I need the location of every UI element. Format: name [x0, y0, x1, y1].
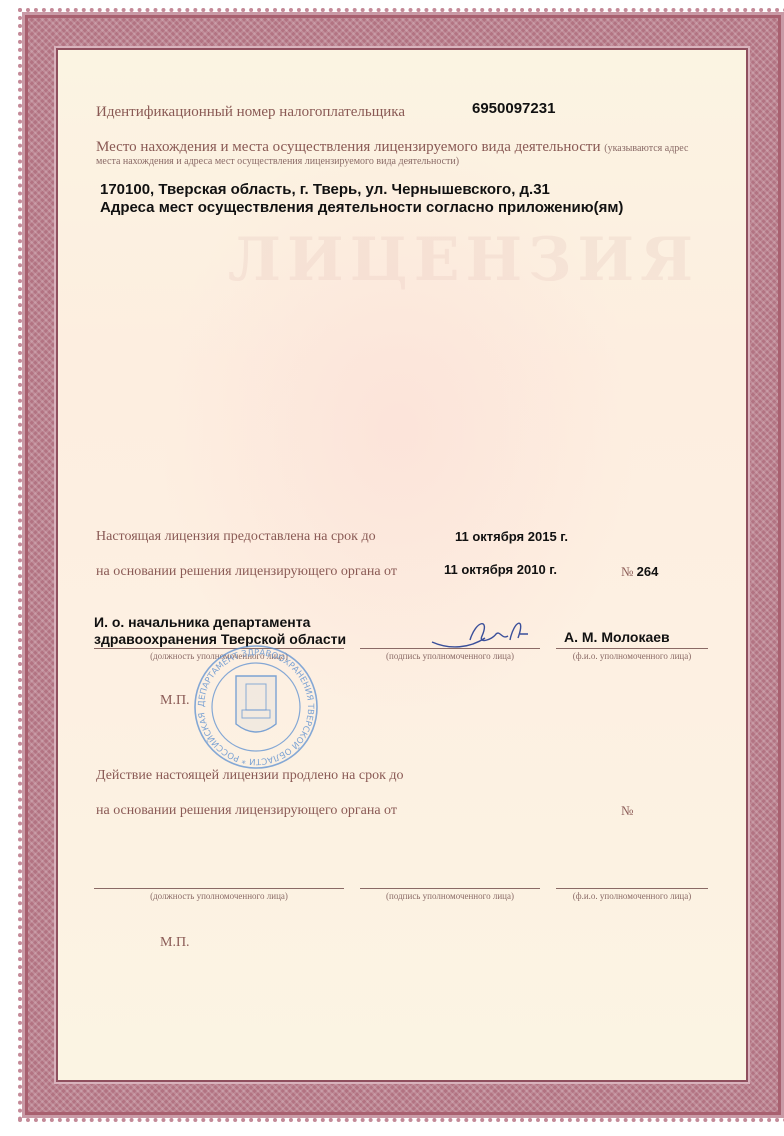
official-stamp: ДЕПАРТАМЕНТ ЗДРАВООХРАНЕНИЯ ТВЕРСКОЙ ОБЛ…: [176, 644, 336, 770]
decision-label: на основании решения лицензирующего орга…: [96, 564, 397, 580]
extension-position-line: [94, 888, 344, 889]
extension-decision-label: на основании решения лицензирующего орга…: [96, 803, 397, 819]
extension-label: Действие настоящей лицензии продлено на …: [96, 768, 404, 784]
term-value: 11 октября 2015 г.: [455, 529, 568, 544]
extension-name-line: [556, 888, 708, 889]
position-line-1: И. о. начальника департамента: [94, 614, 310, 630]
name-line: [556, 648, 708, 649]
extension-caption-name: (ф.и.о. уполномоченного лица): [556, 891, 708, 901]
signature: [430, 610, 530, 652]
number-sign: №: [621, 564, 633, 579]
location-note: (указываются адрес: [604, 143, 688, 154]
location-label: Место нахождения и места осуществления л…: [96, 139, 688, 156]
caption-signature: (подпись уполномоченного лица): [360, 651, 540, 661]
seal-place-2: М.П.: [160, 935, 190, 951]
location-note-2: места нахождения и адреса мест осуществл…: [96, 156, 459, 167]
term-label: Настоящая лицензия предоставлена на срок…: [96, 529, 376, 545]
extension-caption-position: (должность уполномоченного лица): [94, 891, 344, 901]
extension-number-sign: №: [621, 803, 633, 819]
decision-date: 11 октября 2010 г.: [444, 562, 557, 577]
address-line-1: 170100, Тверская область, г. Тверь, ул. …: [100, 181, 550, 198]
location-label-text: Место нахождения и места осуществления л…: [96, 139, 600, 155]
inn-value: 6950097231: [472, 100, 555, 117]
decision-number: 264: [637, 564, 659, 579]
decision-number-field: № 264: [621, 564, 658, 580]
inn-label: Идентификационный номер налогоплательщик…: [96, 104, 405, 121]
caption-name: (ф.и.о. уполномоченного лица): [556, 651, 708, 661]
extension-caption-signature: (подпись уполномоченного лица): [360, 891, 540, 901]
watermark-title: ЛИЦЕНЗИЯ: [228, 225, 699, 295]
address-line-2: Адреса мест осуществления деятельности с…: [100, 199, 623, 216]
extension-signature-line: [360, 888, 540, 889]
signature-line: [360, 648, 540, 649]
signer-name: А. М. Молокаев: [564, 629, 670, 645]
